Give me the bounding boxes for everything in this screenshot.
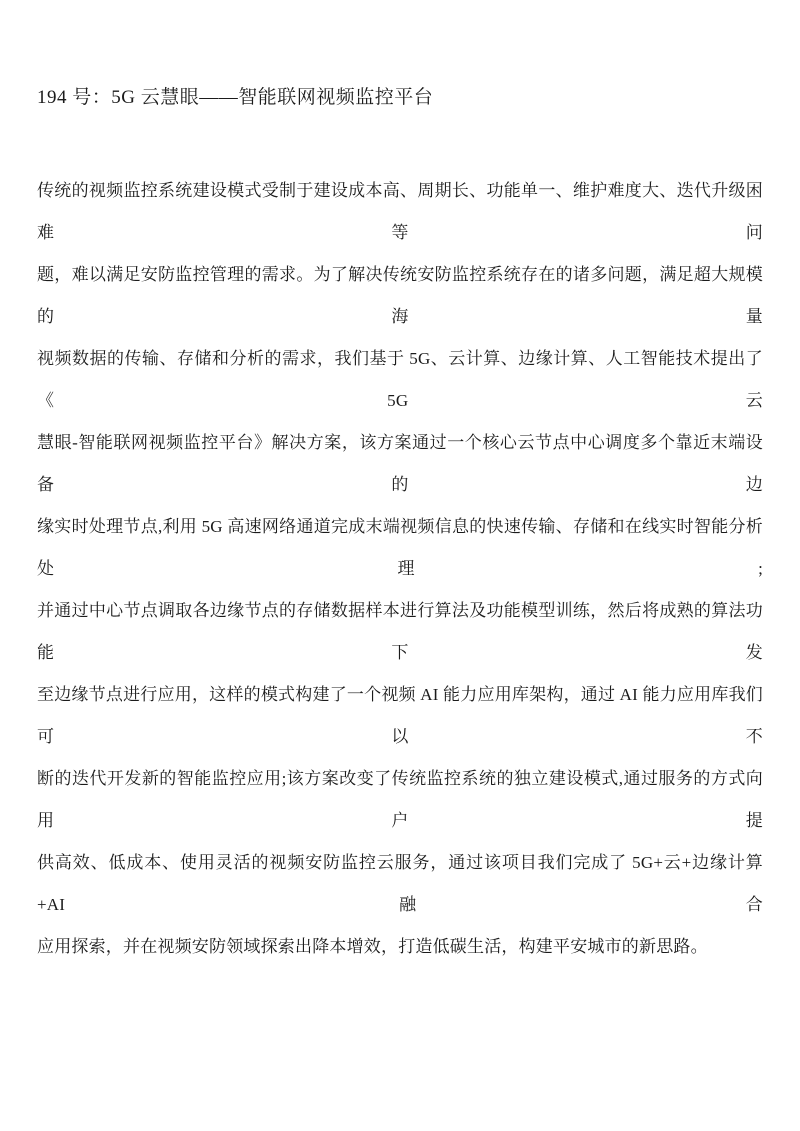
- document-body: 传统的视频监控系统建设模式受制于建设成本高、周期长、功能单一、维护难度大、迭代升…: [37, 170, 763, 968]
- paragraph-line: 慧眼-智能联网视频监控平台》解决方案，该方案通过一个核心云节点中心调度多个靠近末…: [37, 422, 763, 506]
- paragraph-line: 传统的视频监控系统建设模式受制于建设成本高、周期长、功能单一、维护难度大、迭代升…: [37, 170, 763, 254]
- paragraph-line: 题，难以满足安防监控管理的需求。为了解决传统安防监控系统存在的诸多问题，满足超大…: [37, 254, 763, 338]
- paragraph-line: 供高效、低成本、使用灵活的视频安防监控云服务，通过该项目我们完成了 5G+云+边…: [37, 842, 763, 926]
- document-title: 194 号：5G 云慧眼——智能联网视频监控平台: [37, 86, 763, 110]
- paragraph-line: 应用探索，并在视频安防领域探索出降本增效，打造低碳生活，构建平安城市的新思路。: [37, 926, 763, 968]
- paragraph-line: 断的迭代开发新的智能监控应用;该方案改变了传统监控系统的独立建设模式,通过服务的…: [37, 758, 763, 842]
- paragraph-line: 缘实时处理节点,利用 5G 高速网络通道完成末端视频信息的快速传输、存储和在线实…: [37, 506, 763, 590]
- paragraph-line: 并通过中心节点调取各边缘节点的存储数据样本进行算法及功能模型训练，然后将成熟的算…: [37, 590, 763, 674]
- paragraph-line: 视频数据的传输、存储和分析的需求，我们基于 5G、云计算、边缘计算、人工智能技术…: [37, 338, 763, 422]
- document-page: 194 号：5G 云慧眼——智能联网视频监控平台 传统的视频监控系统建设模式受制…: [0, 0, 800, 1131]
- paragraph-line: 至边缘节点进行应用，这样的模式构建了一个视频 AI 能力应用库架构，通过 AI …: [37, 674, 763, 758]
